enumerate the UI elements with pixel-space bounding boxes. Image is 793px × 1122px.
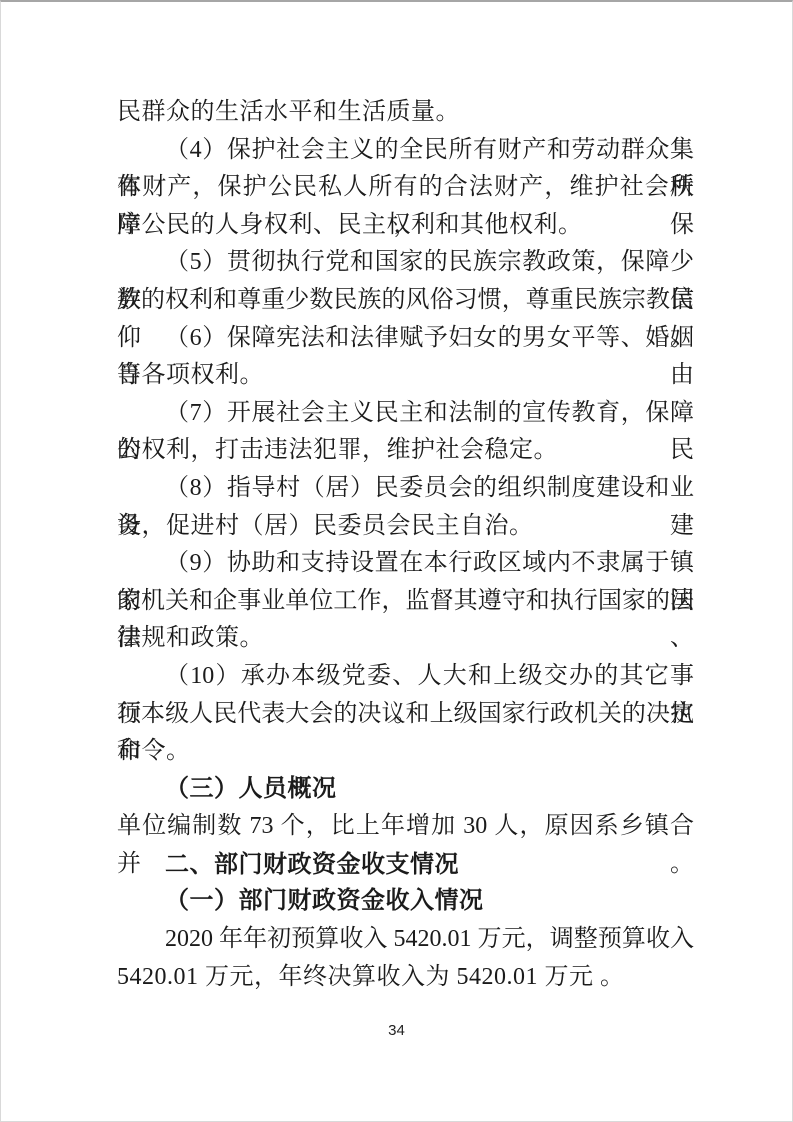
text-line: 家机关和企事业单位工作，监督其遵守和执行国家的法律、 <box>117 583 694 621</box>
document-page: 民群众的生活水平和生活质量。 （4）保护社会主义的全民所有财产和劳动群众集体所 … <box>0 0 793 1122</box>
text-line: （4）保护社会主义的全民所有财产和劳动群众集体所 <box>117 132 694 170</box>
page-number: 34 <box>1 1022 792 1039</box>
text-line: （10）承办本级党委、人大和上级交办的其它事项。执 <box>117 658 694 696</box>
text-line: （7）开展社会主义民主和法制的宣传教育，保障公民 <box>117 395 694 433</box>
section-heading-personnel: （三）人员概况 <box>117 771 694 809</box>
text-line: （5）贯彻执行党和国家的民族宗教政策，保障少数民 <box>117 244 694 282</box>
text-line: （8）指导村（居）民委员会的组织制度建设和业务建 <box>117 470 694 508</box>
text-line: （9）协助和支持设置在本行政区域内不隶属于镇的国 <box>117 545 694 583</box>
text-line: 有财产，保护公民私人所有的合法财产，维护社会秩序，保 <box>117 169 694 207</box>
text-line: 命令。 <box>117 733 694 771</box>
text-line: 2020 年年初预算收入 5420.01 万元，调整预算收入 <box>117 921 694 959</box>
text-line: 行本级人民代表大会的决议和上级国家行政机关的决定和 <box>117 696 694 734</box>
text-line: 单位编制数 73 个，比上年增加 30 人，原因系乡镇合并。 <box>117 808 694 846</box>
subsection-heading-fiscal-income: （一）部门财政资金收入情况 <box>117 883 694 921</box>
text-line: 民群众的生活水平和生活质量。 <box>117 94 694 132</box>
text-line: （6）保障宪法和法律赋予妇女的男女平等、婚姻自由 <box>117 320 694 358</box>
document-body: 民群众的生活水平和生活质量。 （4）保护社会主义的全民所有财产和劳动群众集体所 … <box>117 94 694 996</box>
text-line: 族的权利和尊重少数民族的风俗习惯，尊重民族宗教信仰。 <box>117 282 694 320</box>
text-line: 5420.01 万元，年终决算收入为 5420.01 万元 。 <box>117 959 694 997</box>
